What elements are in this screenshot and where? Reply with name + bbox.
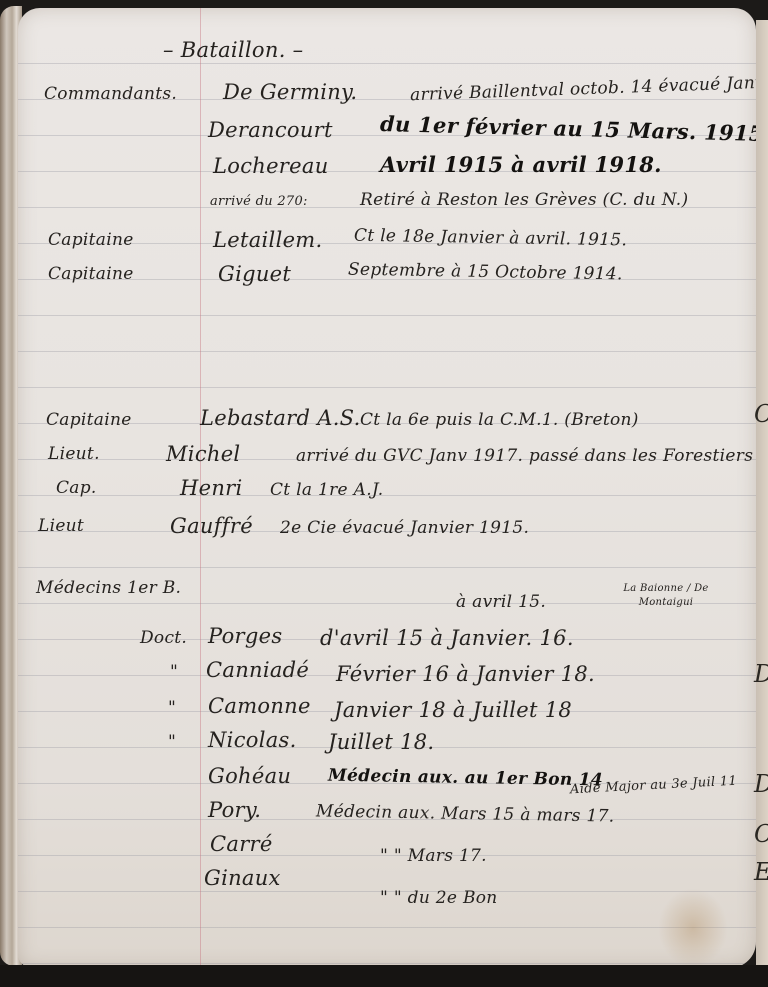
entry-note: Février 16 à Janvier 18. — [336, 662, 595, 686]
entry-name: Porges — [208, 624, 282, 648]
entry-note: à avril 15. — [456, 592, 546, 612]
section-label-capitaine: Capitaine — [46, 410, 132, 430]
section-label-capitaine: Capitaine — [48, 264, 134, 284]
section-label-lieut: Lieut. — [48, 444, 100, 464]
section-label-lieut: Lieut — [38, 516, 84, 536]
next-page-glyph: C — [754, 820, 768, 848]
entry-name: Pory. — [208, 798, 261, 822]
entry-name: Derancourt — [208, 118, 333, 142]
next-page-glyph: E — [754, 858, 768, 886]
entry-name: Gohéau — [208, 764, 291, 788]
entry-name: Henri — [180, 476, 243, 500]
page-heading: – Bataillon. – — [163, 38, 303, 62]
entry-note: Juillet 18. — [328, 730, 434, 754]
next-page-glyph: D — [754, 660, 768, 688]
margin-aside: La Baionne / De Montaigui — [616, 582, 716, 610]
next-page-glyph: C — [754, 400, 768, 428]
entry-note: Avril 1915 à avril 1918. — [380, 152, 662, 177]
entry-name: Giguet — [218, 262, 291, 286]
entry-name: Nicolas. — [208, 728, 297, 752]
entry-name: arrivé du 270: — [210, 194, 308, 209]
notebook-page: – Bataillon. – Commandants. De Germiny. … — [18, 8, 756, 968]
entry-note: d'avril 15 à Janvier. 16. — [320, 626, 574, 650]
entry-note: arrivé du GVC Janv 1917. passé dans les … — [296, 446, 756, 466]
entry-prefix: " — [170, 662, 178, 682]
entry-name: Ginaux — [204, 866, 281, 890]
entry-note: Janvier 18 à Juillet 18 — [334, 698, 572, 722]
entry-name: Lebastard A.S. — [200, 406, 361, 430]
entry-note: " " du 2e Bon — [380, 888, 498, 908]
section-label-medecins: Médecins 1er B. — [36, 578, 181, 598]
section-label-capitaine: Capitaine — [48, 230, 134, 250]
table-surface — [0, 965, 768, 987]
entry-name: Letaillem. — [213, 228, 323, 252]
paper-stain — [658, 888, 728, 968]
entry-name: Canniadé — [206, 658, 309, 682]
next-page-edge: C D D C E — [756, 20, 768, 970]
entry-note: 2e Cie évacué Janvier 1915. — [280, 518, 529, 538]
section-label-cap: Cap. — [56, 478, 97, 498]
entry-note: " " Mars 17. — [380, 846, 487, 866]
entry-name: De Germiny. — [223, 80, 357, 104]
entry-name: Carré — [210, 832, 273, 856]
entry-prefix: " — [168, 698, 176, 718]
entry-prefix: " — [168, 732, 176, 752]
entry-name: Camonne — [208, 694, 311, 718]
entry-name: Michel — [166, 442, 240, 466]
entry-note: Retiré à Reston les Grèves (C. du N.) — [360, 190, 688, 210]
entry-note: Ct la 6e puis la C.M.1. (Breton) — [360, 410, 639, 430]
entry-name: Gauffré — [170, 514, 253, 538]
entry-note: Ct la 1re A.J. — [270, 480, 383, 500]
entry-prefix: Doct. — [140, 628, 187, 648]
next-page-glyph: D — [754, 770, 768, 798]
entry-name: Lochereau — [213, 154, 329, 178]
section-label-commandants: Commandants. — [44, 84, 177, 104]
